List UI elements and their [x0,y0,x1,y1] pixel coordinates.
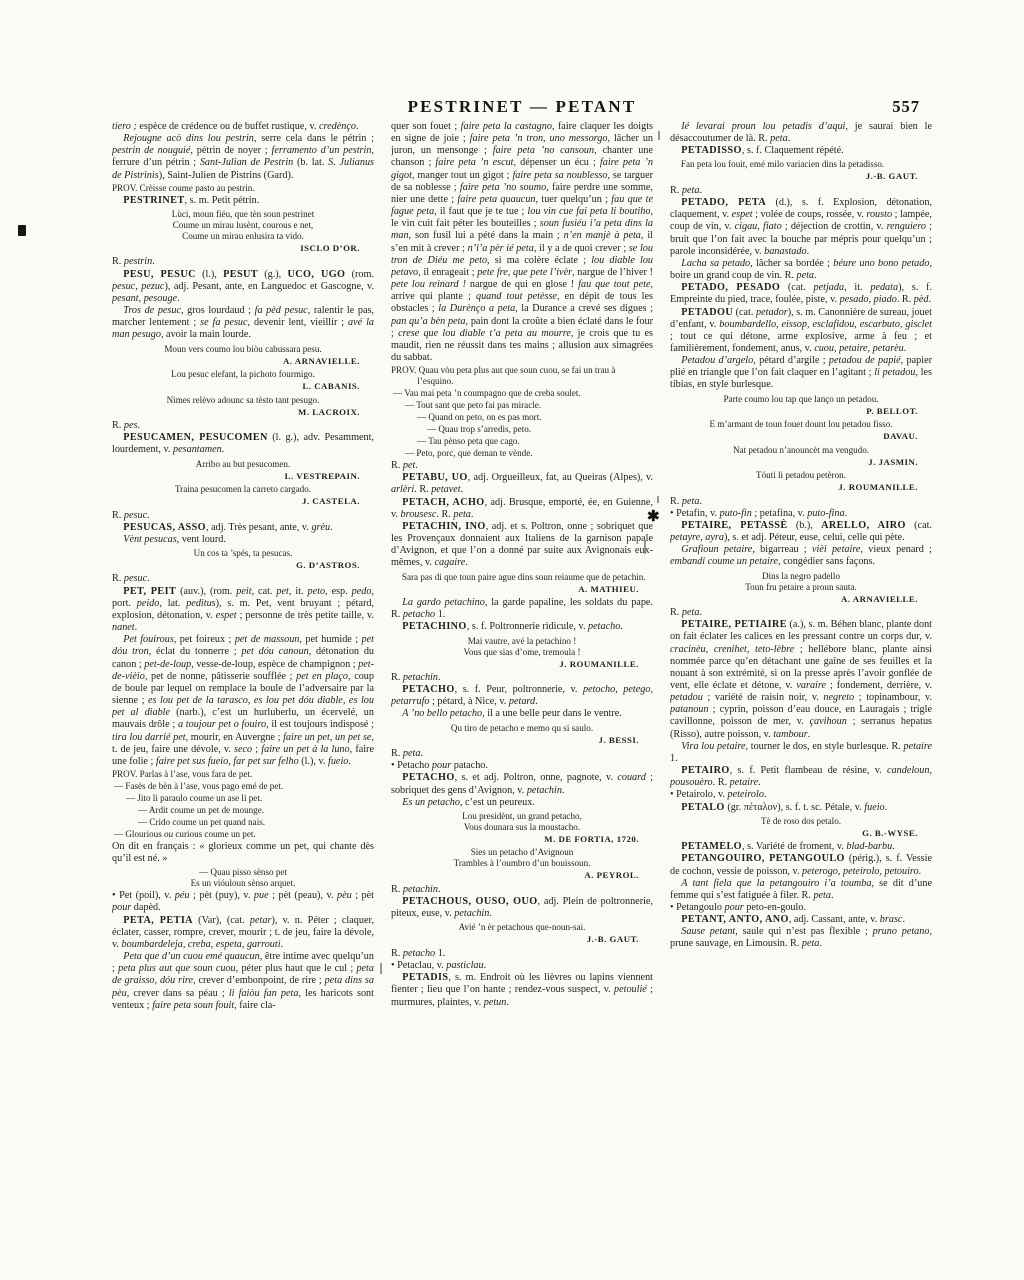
verse-line: Lou pesuc elefant, la pichoto fourmigo. [112,369,374,380]
citation-author: G. B.-WYSE. [670,828,932,839]
verse-line: Vous dounara sus la moustacho. [391,822,653,833]
column-3: Ié levarai proun lou petadis d’aqui, je … [670,121,932,1249]
citation-author: L. VESTREPAIN. [112,471,374,482]
verse-line: Moun vers coumo lou biòu cabussara pesu. [112,344,374,355]
paragraph: Vira lou petaire, tourner le dos, en sty… [670,741,932,765]
verse-citation: Nimes relèvo adounc sa tèsto tant pesugo… [112,395,374,406]
paragraph: R. pet. [391,460,653,472]
entry-paragraph: PETAIRO, s. f. Petit flambeau de résine,… [670,765,932,789]
verse-line: Qu tiro de petacho e memo qu si saulo. [391,723,653,734]
entry-paragraph: PESUCAMEN, PESUCOMEN (l. g.), adv. Pesam… [112,432,374,456]
verse-line: — Quau pisso sènso pet [112,867,374,878]
entry-paragraph: PETADO, PETA (d.), s. f. Explosion, déto… [670,197,932,258]
verse-line: Tóuti li petadou petèron. [670,470,932,481]
paragraph: R. peta. [670,496,932,508]
running-title: PESTRINET — PETANT [112,97,932,117]
verse-citation: Mai vautre, avé la petachino !Vous que s… [391,636,653,658]
scan-artifact [657,496,659,503]
verse-line: Vous que sias d’ome, tremoula ! [391,647,653,658]
paragraph: On dit en français : « glorieux comme un… [112,841,374,865]
paragraph: Tros de pesuc, gros lourdaud ; fa pèd pe… [112,305,374,341]
paragraph: R. petacho 1. [391,948,653,960]
verse-line: Avié ’n èr petachous que-noun-sai. [391,922,653,933]
scan-artifact [644,540,646,554]
entry-paragraph: PETACHO, s. f. Peur, poltronnerie, v. pe… [391,684,653,708]
verse-citation: Parte coumo lou tap que lanço un petadou… [670,394,932,405]
verse-citation: Qu tiro de petacho e memo qu si saulo. [391,723,653,734]
text-columns: tiero ; espèce de crédence ou de buffet … [112,121,932,1249]
entry-paragraph: PESU, PESUC (l.), PESUT (g.), UCO, UGO (… [112,269,374,305]
citation-author: M. DE FORTIA, 1720. [391,834,653,845]
citation-author: A. MATHIEU. [391,584,653,595]
cross-reference-note: • Pet (poil), v. péu ; pèt (puy), v. pue… [112,890,374,914]
paragraph: tiero ; espèce de crédence ou de buffet … [112,121,374,133]
proverb: — Tau pènso peta que cago. [417,436,653,447]
entry-paragraph: PETAMELO, s. Variété de froment, v. blad… [670,841,932,853]
proverb: — Vau mai peta ’n coumpagno que de creba… [393,388,653,399]
paragraph: La gardo petachino, la garde papaline, l… [391,597,653,621]
paragraph: R. peta. [391,748,653,760]
proverb: — Quand on peto, on es pas mort. [417,412,653,423]
paragraph: Lacha sa petado, lâcher sa bordée ; béur… [670,258,932,282]
entry-paragraph: PETADISSO, s. f. Claquement répété. [670,145,932,157]
verse-line: Coume un mirau enlusira ta vido. [112,231,374,242]
verse-line: Mai vautre, avé la petachino ! [391,636,653,647]
citation-author: J.-B. GAUT. [391,934,653,945]
verse-line: Nat petadou n’anouncèt ma vengudo. [670,445,932,456]
citation-author: A. PEYROL. [391,870,653,881]
verse-citation: Nat petadou n’anouncèt ma vengudo. [670,445,932,456]
entry-paragraph: PETAIRE, PETASSÈ (b.), ARELLO, AIRO (cat… [670,520,932,544]
citation-author: G. D’ASTROS. [112,560,374,571]
proverb: — Quau trop s’arredis, peto. [427,424,653,435]
scan-artifact [658,131,660,140]
entry-paragraph: PETACHIN, INO, adj. et s. Poltron, onne … [391,521,653,570]
proverb: — Peto, porc, que deman te vènde. [405,448,653,459]
entry-paragraph: PESUCAS, ASSO, adj. Très pesant, ante, v… [112,522,374,534]
verse-citation: Lou presidènt, un grand petacho,Vous dou… [391,811,653,833]
paragraph: A ’no bello petacho, il a une belle peur… [391,708,653,720]
paragraph: R. pes. [112,420,374,432]
paragraph: R. petachin. [391,672,653,684]
entry-paragraph: PETADIS, s. m. Endroit où les lièvres ou… [391,972,653,1008]
verse-citation: Sies un petacho d’AvignounTrambles à l’o… [391,847,653,869]
verse-line: Toun fru petaire a proun sauta. [670,582,932,593]
verse-line: Traina pesucomen la carreto cargado. [112,484,374,495]
verse-line: Arribo au but pesucomen. [112,459,374,470]
entry-paragraph: PETADO, PESADO (cat. petjada, it. pedata… [670,282,932,306]
proverb: — Crido coume un pet quand nais. [138,817,374,828]
verse-citation: Tóuti li petadou petèron. [670,470,932,481]
entry-paragraph: PETABU, UO, adj. Orgueilleux, fat, au Qu… [391,472,653,496]
entry-paragraph: PETA, PETIA (Var), (cat. petar), v. n. P… [112,915,374,951]
entry-paragraph: PETACHINO, s. f. Poltronnerie ridicule, … [391,621,653,633]
citation-author: M. LACROIX. [112,407,374,418]
verse-citation: Moun vers coumo lou biòu cabussara pesu. [112,344,374,355]
verse-citation: Avié ’n èr petachous que-noun-sai. [391,922,653,933]
page-header: PESTRINET — PETANT 557 [112,97,932,119]
entry-paragraph: PETACH, ACHO, adj. Brusque, emporté, ée,… [391,497,653,521]
verse-line: E m’armant de toun fouet dount lou petad… [670,419,932,430]
entry-paragraph: PETALO (gr. πέταλον), s. f. t. sc. Pétal… [670,802,932,814]
citation-author: J. BESSI. [391,735,653,746]
verse-line: Dins la negro padello [670,571,932,582]
paragraph: R. pestrin. [112,256,374,268]
paragraph: Ié levarai proun lou petadis d’aqui, je … [670,121,932,145]
verse-citation: E m’armant de toun fouet dount lou petad… [670,419,932,430]
paragraph: Petadou d’argelo, pétard d’argile ; peta… [670,355,932,391]
entry-paragraph: PETACHO, s. et adj. Poltron, onne, pagno… [391,772,653,796]
entry-paragraph: PETADOU (cat. petador), s. m. Canonnière… [670,307,932,356]
paragraph: Es un petacho, c’est un peureux. [391,797,653,809]
cross-reference-note: • Petairolo, v. peteirolo. [670,789,932,801]
cross-reference-note: • Petafin, v. puto-fin ; petafina, v. pu… [670,508,932,520]
proverb: — Tout sant que peto fai pas miracle. [405,400,653,411]
paragraph: Peta que d’un cuou emé quaucun, être int… [112,951,374,1012]
scan-artifact [380,963,382,974]
verse-citation: Lùci, moun fiéu, que tèn soun pestrinetC… [112,209,374,242]
verse-line: Coume un mirau lusènt, courous e net, [112,220,374,231]
cross-reference-note: • Petangoulo pour peto-en-goulo. [670,902,932,914]
paragraph: R. pesuc. [112,510,374,522]
citation-author: DAVAU. [670,431,932,442]
verse-citation: Lou pesuc elefant, la pichoto fourmigo. [112,369,374,380]
verse-line: Es un vióuloun sènso arquet. [112,878,374,889]
paragraph: R. petachin. [391,884,653,896]
entry-paragraph: PETACHOUS, OUSO, OUO, adj. Plein de polt… [391,896,653,920]
citation-author: A. ARNAVIELLE. [112,356,374,367]
dictionary-scan-page: PESTRINET — PETANT 557 tiero ; espèce de… [0,0,1024,1280]
verse-line: Tè de roso dos petalo. [670,816,932,827]
citation-author: L. CABANIS. [112,381,374,392]
verse-line: Nimes relèvo adounc sa tèsto tant pesugo… [112,395,374,406]
entry-paragraph: PET, PEIT (auv.), (rom. peit, cat. pet, … [112,586,374,635]
paragraph: Grafioun petaire, bigarreau ; vièi petai… [670,544,932,568]
citation-author: J.-B. GAUT. [670,171,932,182]
verse-line: Sies un petacho d’Avignoun [391,847,653,858]
verse-citation: Un cos ta ’spés, ta pesucas. [112,548,374,559]
proverb: — Glourious ou curious coume un pet. [114,829,374,840]
cross-reference-note: • Petaclau, v. pasticlau. [391,960,653,972]
proverb: — Fasès de bèn à l’ase, vous pago emé de… [114,781,374,792]
citation-author: J. JASMIN. [670,457,932,468]
proverb: PROV. Quau vòu peta plus aut que soun cu… [391,365,653,387]
verse-citation: Tè de roso dos petalo. [670,816,932,827]
verse-citation: Traina pesucomen la carreto cargado. [112,484,374,495]
verse-line: Un cos ta ’spés, ta pesucas. [112,548,374,559]
cross-reference-note: • Petacho pour patacho. [391,760,653,772]
entry-paragraph: PETANGOUIRO, PETANGOULO (périg.), s. f. … [670,853,932,877]
verse-citation: — Quau pisso sènso petEs un vióuloun sèn… [112,867,374,889]
scan-artifact [18,225,26,236]
verse-line: Lùci, moun fiéu, que tèn soun pestrinet [112,209,374,220]
verse-citation: Dins la negro padelloToun fru petaire a … [670,571,932,593]
paragraph: Pet fouirous, pet foireux ; pet de masso… [112,634,374,768]
citation-author: J. ROUMANILLE. [670,482,932,493]
proverb: — Jito li paraulo coume un ase li pet. [126,793,374,804]
column-1: tiero ; espèce de crédence ou de buffet … [112,121,374,1249]
verse-line: Lou presidènt, un grand petacho, [391,811,653,822]
citation: Fan peta lou fouit, emé milo variacien d… [670,159,932,170]
column-2: quer son fouet ; faire peta la castagno,… [391,121,653,1249]
paragraph: R. peta. [670,185,932,197]
verse-line: Trambles à l’oumbro d’un bouissoun. [391,858,653,869]
citation: Sara pas di que toun paire ague dins sou… [391,572,653,583]
entry-paragraph: PETANT, ANTO, ANO, adj. Cassant, ante, v… [670,914,932,926]
proverb: PROV. Crèisse coume pasto au pestrin. [112,183,374,194]
citation-author: ISCLO D’OR. [112,243,374,254]
verse-line: Parte coumo lou tap que lanço un petadou… [670,394,932,405]
paragraph: A tant fiela que la petangouiro i’a toum… [670,878,932,902]
paragraph: Sause petant, saule qui n’est pas flexib… [670,926,932,950]
paragraph: quer son fouet ; faire peta la castagno,… [391,121,653,364]
margin-asterisk-mark: ✱ [647,507,660,526]
citation-author: J. ROUMANILLE. [391,659,653,670]
citation-author: J. CASTELA. [112,496,374,507]
citation-author: P. BELLOT. [670,406,932,417]
page-number: 557 [892,97,920,117]
entry-paragraph: PETAIRE, PETIAIRE (a.), s. m. Béhen blan… [670,619,932,741]
paragraph: R. peta. [670,607,932,619]
paragraph: Vènt pesucas, vent lourd. [112,534,374,546]
paragraph: Rejougne acò dins lou pestrin, serre cel… [112,133,374,182]
paragraph: R. pesuc. [112,573,374,585]
verse-citation: Arribo au but pesucomen. [112,459,374,470]
proverb: — Ardit coume un pet de mounge. [138,805,374,816]
entry-paragraph: PESTRINET, s. m. Petit pétrin. [112,195,374,207]
citation-author: A. ARNAVIELLE. [670,594,932,605]
proverb: PROV. Parlas à l’ase, vous fara de pet. [112,769,374,780]
